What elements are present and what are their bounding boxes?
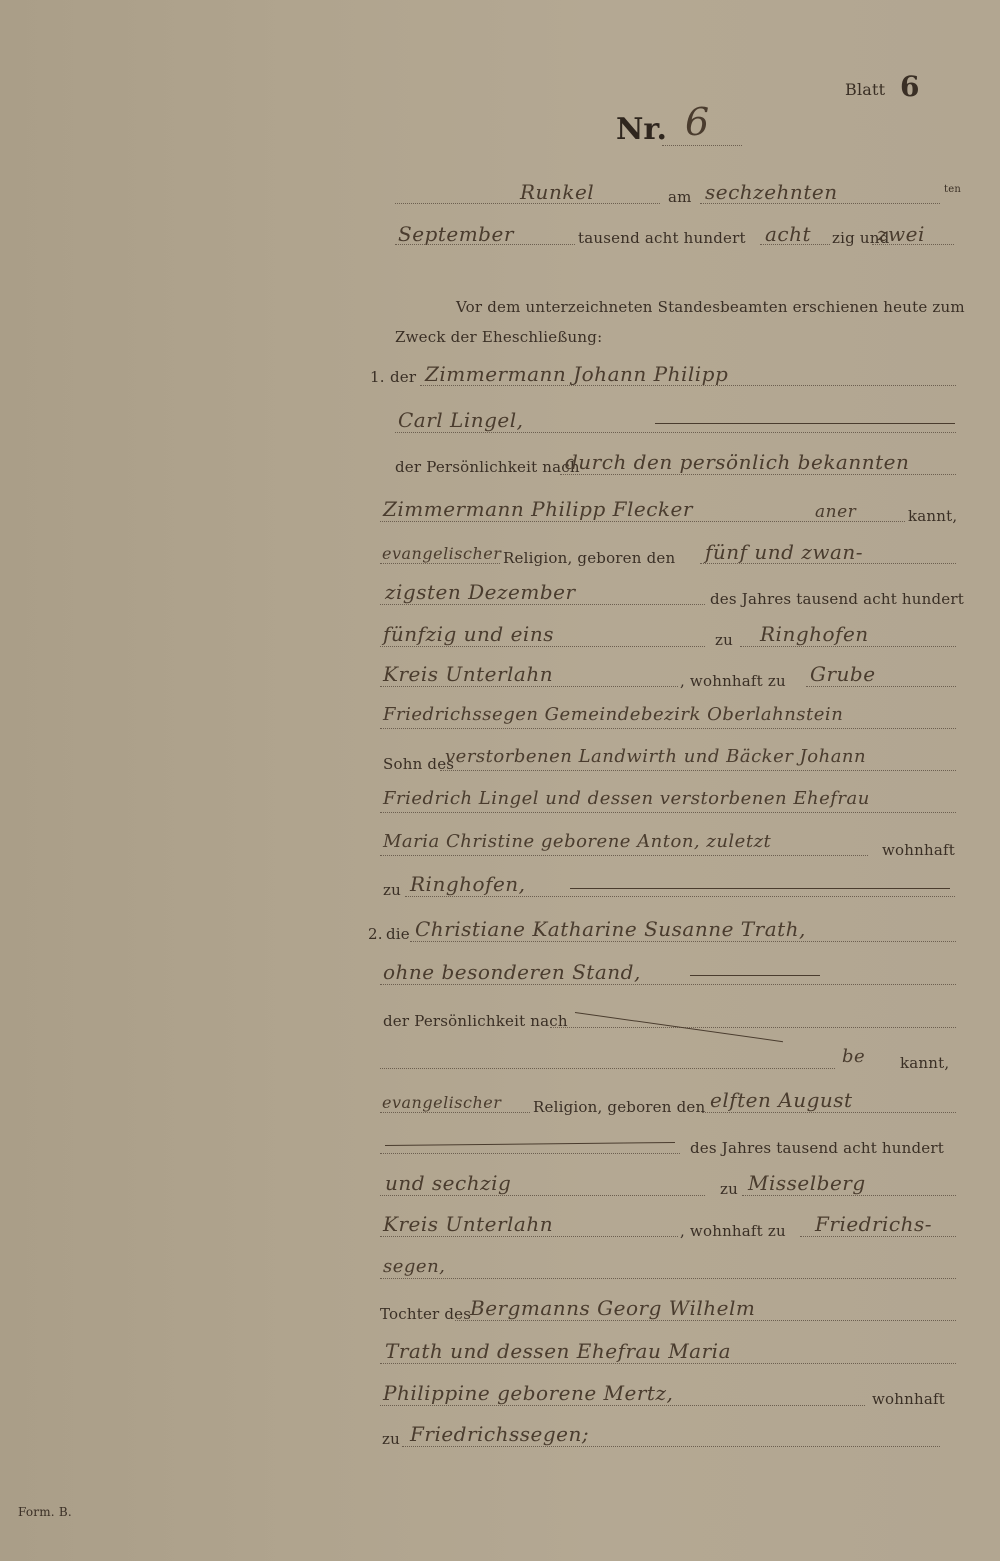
groom-residence-fill-stroke: [570, 888, 950, 889]
bride-identity-line-1: [550, 1027, 956, 1028]
groom-parents-residence-label: wohnhaft: [882, 841, 955, 859]
bride-birthplace-1: Misselberg: [748, 1171, 866, 1195]
bride-parents-2: Trath und dessen Ehefrau Maria: [385, 1339, 731, 1363]
intro-line-1: Vor dem unterzeichneten Standesbeamten e…: [456, 298, 965, 316]
groom-line-2: [395, 432, 956, 433]
groom-parents-residence-line: [405, 896, 955, 897]
groom-identity-1: durch den persönlich bekannten: [565, 450, 909, 474]
groom-religion-line: [380, 563, 500, 564]
register-page: Blatt 6 Nr. 6 Runkel am sechzehnten ten …: [0, 0, 1000, 1561]
groom-year-label: des Jahres tausend acht hundert: [710, 590, 964, 608]
groom-parents-zu-label: zu: [383, 881, 401, 899]
marriage-day: sechzehnten: [705, 180, 838, 204]
bride-line-2: [380, 984, 956, 985]
intro-line-2: Zweck der Eheschließung:: [395, 328, 602, 346]
am-label: am: [668, 188, 692, 206]
record-number-line: [662, 145, 742, 146]
groom-residence-2: Friedrichssegen Gemeindebezirk Oberlahns…: [383, 704, 843, 725]
groom-residence-label: , wohnhaft zu: [680, 672, 786, 690]
groom-parents-2: Friedrich Lingel und dessen verstorbenen…: [383, 788, 870, 809]
groom-parents-1: verstorbenen Landwirth und Bäcker Johann: [445, 746, 866, 767]
groom-residence-line-1: [806, 686, 956, 687]
bride-birthplace-line-2: [380, 1236, 678, 1237]
bride-identity-label: der Persönlichkeit nach: [383, 1012, 568, 1030]
bride-parents-line-1: [455, 1320, 956, 1321]
bride-parents-line-3: [380, 1405, 865, 1406]
groom-article: der: [390, 368, 416, 386]
record-number-label: Nr.: [616, 112, 667, 147]
groom-parents-line-3: [380, 855, 868, 856]
record-number-value: 6: [685, 100, 709, 144]
bride-identity-line-2: [380, 1068, 835, 1069]
groom-fill-stroke: [655, 423, 955, 424]
groom-identity-2: Zimmermann Philipp Flecker: [383, 497, 693, 521]
bride-year-label: des Jahres tausend acht hundert: [690, 1139, 944, 1157]
bride-residence-1: Friedrichs-: [815, 1212, 932, 1236]
marriage-month: September: [398, 222, 514, 246]
bride-birthplace-line-1: [742, 1195, 956, 1196]
groom-parents-residence: Ringhofen,: [410, 872, 526, 896]
registry-place: Runkel: [520, 180, 594, 204]
bride-religion-line: [380, 1112, 530, 1113]
form-label: Form. B.: [18, 1505, 72, 1519]
bride-zu-label: zu: [720, 1180, 738, 1198]
groom-zu-label: zu: [715, 631, 733, 649]
bride-birthplace-2: Kreis Unterlahn: [383, 1212, 553, 1236]
bride-name-1: Christiane Katharine Susanne Trath,: [415, 917, 806, 941]
bride-residence-line-2: [380, 1278, 956, 1279]
groom-number: 1.: [370, 368, 385, 386]
bride-article: die: [386, 925, 410, 943]
bride-parents-zu-label: zu: [382, 1430, 400, 1448]
bride-birthday-strike: [385, 1142, 675, 1146]
groom-identity-suffix-print: kannt,: [908, 507, 957, 525]
groom-birthday-line-2: [380, 604, 705, 605]
groom-birthday-1: fünf und zwan-: [705, 540, 863, 564]
bride-identity-suffix-print: kannt,: [900, 1054, 949, 1072]
groom-birthday-2: zigsten Dezember: [385, 580, 576, 604]
groom-birthyear-line: [380, 646, 705, 647]
groom-parents-3: Maria Christine geborene Anton, zuletzt: [383, 831, 771, 852]
groom-parents-line-1: [440, 770, 956, 771]
ten-suffix: ten: [944, 184, 961, 195]
bride-parents-line-2: [380, 1363, 956, 1364]
bride-number: 2.: [368, 925, 383, 943]
bride-parents-3: Philippine geborene Mertz,: [383, 1381, 673, 1405]
groom-parents-line-2: [380, 812, 956, 813]
bride-residence-label: , wohnhaft zu: [680, 1222, 786, 1240]
groom-identity-suffix-hand: aner: [815, 502, 856, 522]
bride-birthday-line-1: [702, 1112, 956, 1113]
bride-religion: evangelischer: [382, 1093, 501, 1112]
bride-name-2: ohne besonderen Stand,: [383, 960, 641, 984]
bride-parents-residence: Friedrichssegen;: [410, 1422, 589, 1446]
groom-residence-1: Grube: [810, 662, 876, 686]
bride-line-1: [410, 941, 956, 942]
bride-parents-residence-label: wohnhaft: [872, 1390, 945, 1408]
bride-religion-label: Religion, geboren den: [533, 1098, 705, 1116]
groom-religion-label: Religion, geboren den: [503, 549, 675, 567]
groom-occupation-name-1: Zimmermann Johann Philipp: [425, 362, 728, 386]
bride-residence-2: segen,: [383, 1256, 445, 1277]
groom-identity-label: der Persönlichkeit nach: [395, 458, 580, 476]
groom-occupation-name-2: Carl Lingel,: [398, 408, 524, 432]
groom-birth-year: fünfzig und eins: [383, 622, 554, 646]
groom-identity-line-1: [560, 474, 956, 475]
year-printed: tausend acht hundert: [578, 229, 746, 247]
bride-birthday-line-2: [380, 1153, 680, 1154]
groom-birthplace-2: Kreis Unterlahn: [383, 662, 553, 686]
marriage-year-unit: zwei: [877, 222, 925, 246]
groom-residence-line-2: [380, 728, 956, 729]
groom-birthplace-line-2: [380, 686, 678, 687]
bride-birthyear-line: [380, 1195, 705, 1196]
groom-birthplace-1: Ringhofen: [760, 622, 869, 646]
bride-residence-line-1: [800, 1236, 956, 1237]
bride-birthday-1: elften August: [710, 1088, 853, 1112]
groom-religion: evangelischer: [382, 544, 501, 563]
groom-birthplace-line-1: [740, 646, 956, 647]
marriage-year-decade: acht: [765, 222, 811, 246]
bride-parents-residence-line: [402, 1446, 940, 1447]
blatt-label: Blatt: [845, 80, 885, 99]
bride-parents-1: Bergmanns Georg Wilhelm: [470, 1296, 755, 1320]
blatt-number: 6: [900, 70, 919, 103]
bride-birth-year: und sechzig: [385, 1171, 511, 1195]
bride-fill-stroke: [690, 975, 820, 976]
bride-identity-suffix-hand: be: [842, 1046, 865, 1067]
